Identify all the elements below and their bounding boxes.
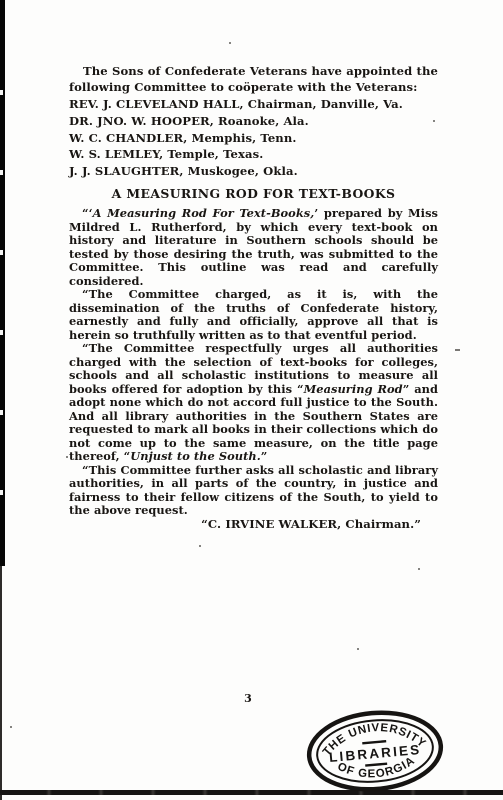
edge-notch bbox=[0, 90, 3, 95]
scanned-book-page: The Sons of Confederate Veterans have ap… bbox=[0, 0, 503, 800]
paragraph: “This Committee further asks all scholas… bbox=[69, 464, 438, 518]
committee-member: DR. JNO. W. HOOPER, Roanoke, Ala. bbox=[69, 113, 438, 130]
text-segment: “This Committee further asks all scholas… bbox=[69, 463, 438, 518]
scan-edge-bar-left bbox=[0, 0, 5, 566]
text-column: The Sons of Confederate Veterans have ap… bbox=[69, 63, 438, 531]
scan-speck bbox=[10, 726, 12, 728]
edge-notch bbox=[0, 170, 3, 175]
italic-segment: Unjust to the South. bbox=[130, 449, 260, 463]
edge-notch bbox=[0, 330, 3, 335]
paragraph: “‘A Measuring Rod For Text-Books,’ prepa… bbox=[69, 207, 438, 288]
stamp-divider-bottom bbox=[365, 762, 387, 766]
italic-segment: A Measuring Rod For Text-Books, bbox=[93, 206, 315, 220]
paragraph: “The Committee respectfully urges all au… bbox=[69, 342, 438, 464]
committee-member: W. C. CHANDLER, Memphis, Tenn. bbox=[69, 130, 438, 147]
scan-speck bbox=[199, 545, 201, 547]
committee-member: W. S. LEMLEY, Temple, Texas. bbox=[69, 146, 438, 163]
scan-speck bbox=[229, 42, 231, 44]
signature-line: “C. IRVINE WALKER, Chairman.” bbox=[69, 518, 438, 532]
scan-speck bbox=[433, 120, 435, 122]
scan-edge-bar-left-thin bbox=[0, 566, 2, 800]
page-number: 3 bbox=[233, 692, 263, 705]
scan-speck bbox=[357, 648, 359, 650]
library-stamp: THE UNIVERSITY LIBRARIES OF GEORGIA bbox=[300, 700, 449, 800]
italic-segment: Measuring Rod bbox=[304, 382, 403, 396]
scan-speck bbox=[66, 456, 68, 458]
intro-paragraph: The Sons of Confederate Veterans have ap… bbox=[69, 63, 438, 95]
edge-notch bbox=[0, 410, 3, 415]
paragraph: “The Committee charged, as it is, with t… bbox=[69, 288, 438, 342]
committee-list: REV. J. CLEVELAND HALL, Chairman, Danvil… bbox=[69, 96, 438, 179]
committee-member: REV. J. CLEVELAND HALL, Chairman, Danvil… bbox=[69, 96, 438, 113]
stamp-divider-top bbox=[362, 740, 386, 744]
committee-member: J. J. SLAUGHTER, Muskogee, Okla. bbox=[69, 163, 438, 180]
scan-speck bbox=[455, 349, 460, 351]
text-segment: “‘ bbox=[82, 206, 93, 220]
body-paragraphs: “‘A Measuring Rod For Text-Books,’ prepa… bbox=[69, 207, 438, 518]
edge-notch bbox=[0, 250, 3, 255]
section-heading: A MEASURING ROD FOR TEXT-BOOKS bbox=[69, 186, 438, 201]
scan-speck bbox=[418, 568, 420, 570]
text-segment: ” bbox=[261, 449, 268, 463]
text-segment: “The Committee charged, as it is, with t… bbox=[69, 287, 438, 342]
edge-notch bbox=[0, 490, 3, 495]
